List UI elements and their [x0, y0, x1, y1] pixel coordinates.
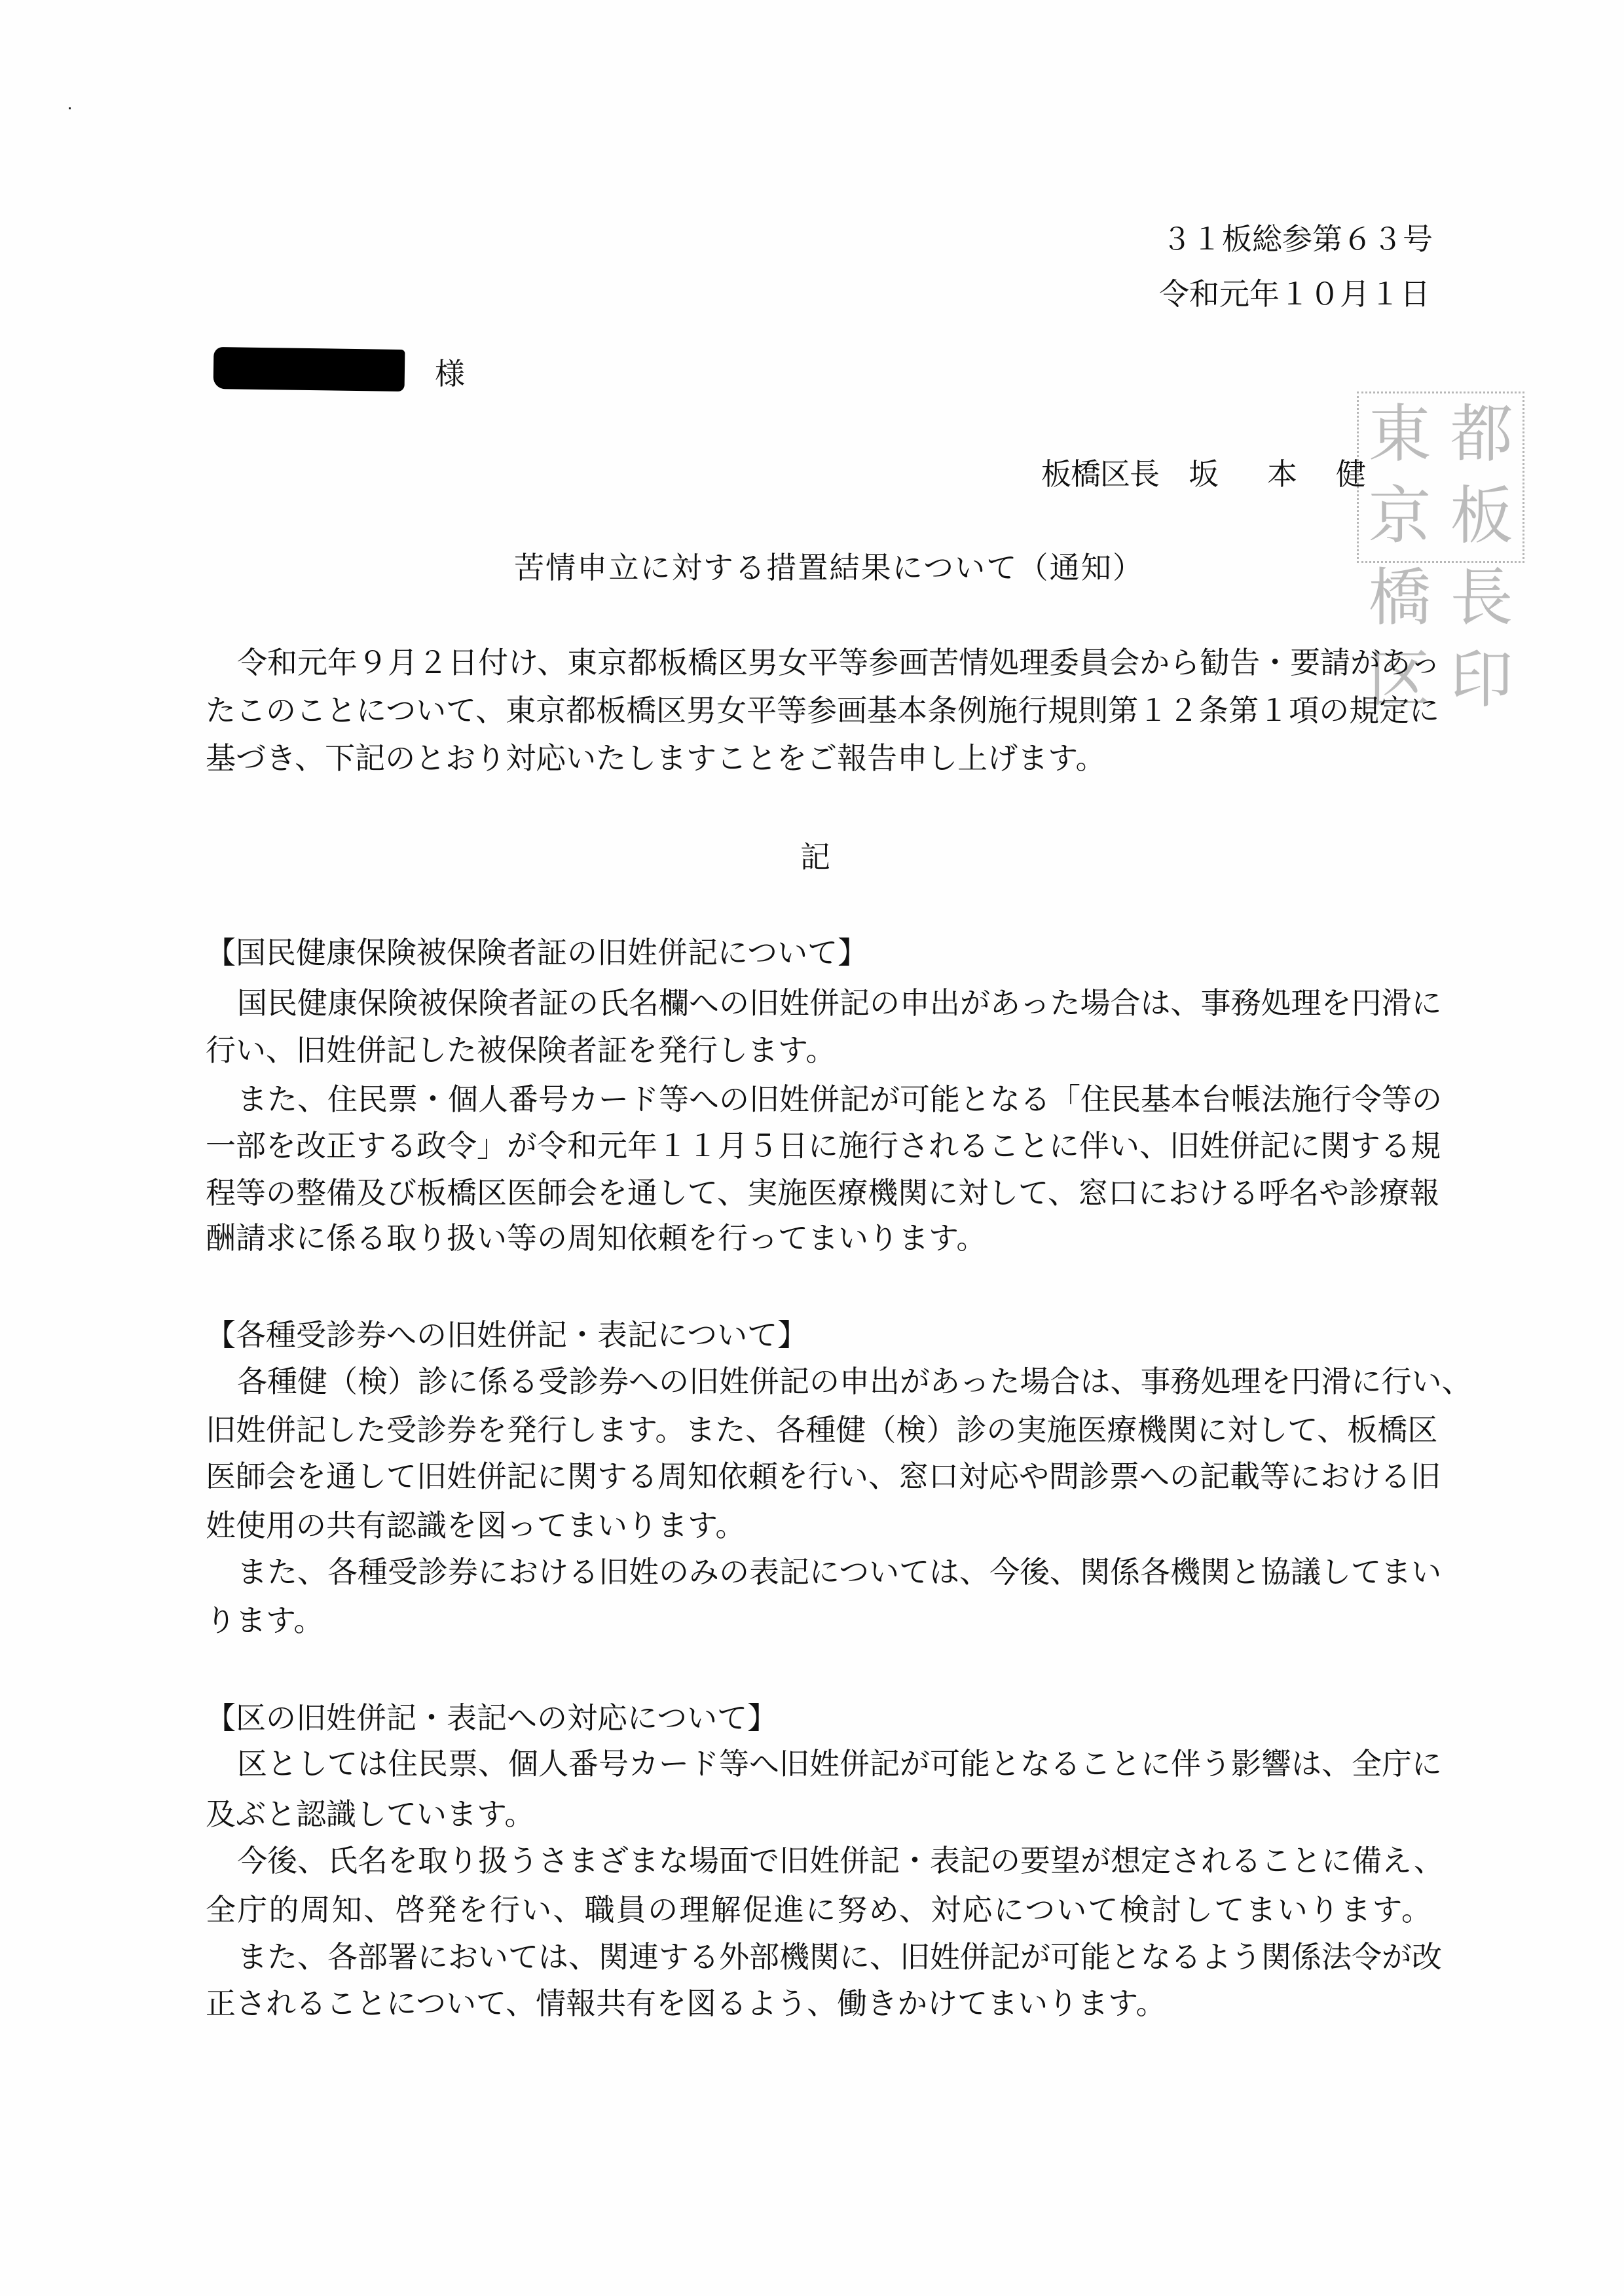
section-line: 各種健（検）診に係る受診券への旧姓併記の申出があった場合は、事務処理を円滑に行い…: [237, 1366, 1431, 1397]
section-line: また、各部署においては、関連する外部機関に、旧姓併記が可能となるよう関係法令が改: [237, 1941, 1431, 1973]
section-line: 旧姓併記した受診券を発行します。また、各種健（検）診の実施医療機関に対して、板橋…: [206, 1414, 1431, 1446]
intro-line: 令和元年９月２日付け、東京都板橋区男女平等参画苦情処理委員会から勧告・要請があっ: [237, 647, 1431, 678]
section-line: ります。: [206, 1605, 1431, 1636]
section-line: 程等の整備及び板橋区医師会を通して、実施医療機関に対して、窓口における呼名や診療…: [206, 1177, 1431, 1209]
section-line: 姓使用の共有認識を図ってまいります。: [206, 1510, 1431, 1541]
section-line: 及ぶと認識しています。: [206, 1798, 1431, 1830]
scan-speck: [69, 107, 71, 109]
document-date: 令和元年１０月１日: [0, 278, 1430, 310]
section-line: 正されることについて、情報共有を図るよう、働きかけてまいります。: [206, 1988, 1431, 2019]
official-seal-stamp: 東京 都板 橋区 長印: [1357, 392, 1524, 563]
reference-number: ３１板総参第６３号: [0, 223, 1433, 255]
section-heading: 【各種受診券への旧姓併記・表記について】: [206, 1319, 1431, 1351]
section-line: 国民健康保険被保険者証の氏名欄への旧姓併記の申出があった場合は、事務処理を円滑に: [237, 987, 1431, 1019]
seal-char: 東京: [1359, 393, 1441, 557]
document-title: 苦情申立に対する措置結果について（通知）: [514, 552, 1143, 583]
section-heading: 【区の旧姓併記・表記への対応について】: [206, 1702, 1431, 1734]
sender-title: 板橋区長: [1041, 458, 1159, 490]
section-line: 区としては住民票、個人番号カード等へ旧姓併記が可能となることに伴う影響は、全庁に: [237, 1748, 1431, 1779]
section-line: 医師会を通して旧姓併記に関する周知依頼を行い、窓口対応や問診票への記載等における…: [206, 1461, 1431, 1492]
seal-char: 都板: [1441, 393, 1522, 557]
redacted-recipient-name: [213, 347, 405, 392]
document-page: ３１板総参第６３号 令和元年１０月１日 様 板橋区長 坂 本 健 東京 都板 橋…: [0, 0, 1624, 2296]
section-line: 全庁的周知、啓発を行い、職員の理解促進に努め、対応について検討してまいります。: [206, 1894, 1431, 1925]
ki-marker: 記: [800, 841, 830, 873]
intro-line: たこのことについて、東京都板橋区男女平等参画基本条例施行規則第１２条第１項の規定…: [206, 695, 1431, 726]
section-heading: 【国民健康保険被保険者証の旧姓併記について】: [206, 937, 1431, 968]
section-line: また、住民票・個人番号カード等への旧姓併記が可能となる「住民基本台帳法施行令等の: [237, 1084, 1431, 1115]
section-line: 酬請求に係る取り扱い等の周知依頼を行ってまいります。: [206, 1222, 1431, 1254]
sender-surname: 坂 本: [1189, 458, 1306, 490]
section-line: 今後、氏名を取り扱うさまざまな場面で旧姓併記・表記の要望が想定されることに備え、: [237, 1845, 1431, 1876]
section-line: 行い、旧姓併記した被保険者証を発行します。: [206, 1034, 1431, 1066]
intro-line: 基づき、下記のとおり対応いたしますことをご報告申し上げます。: [206, 742, 1431, 774]
recipient-honorific: 様: [435, 358, 465, 390]
section-line: また、各種受診券における旧姓のみの表記については、今後、関係各機関と協議してまい: [237, 1556, 1431, 1588]
section-line: 一部を改正する政令」が令和元年１１月５日に施行されることに伴い、旧姓併記に関する…: [206, 1130, 1431, 1161]
seal-char: 長印: [1441, 557, 1522, 721]
